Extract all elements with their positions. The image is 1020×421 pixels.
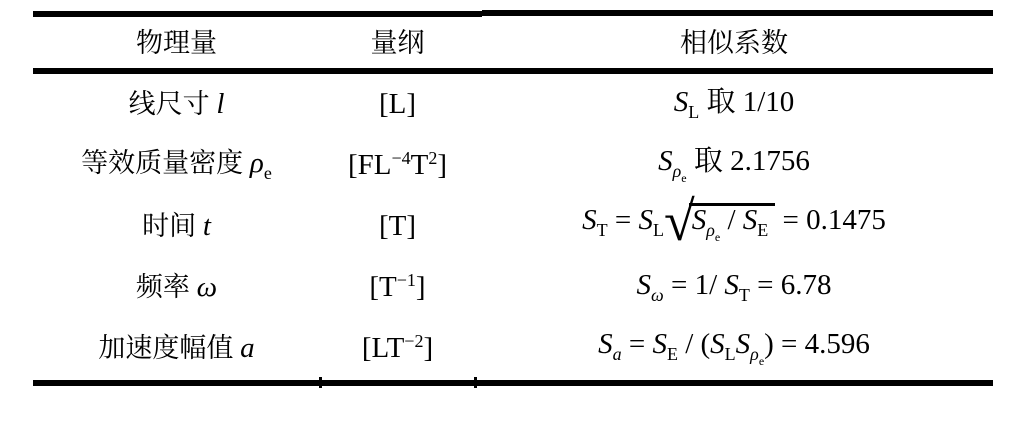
cell-dimension-row3: [T]	[320, 196, 475, 257]
header-quantity-label: 物理量	[136, 28, 217, 58]
cell-quantity-row1: 线尺寸 l	[33, 74, 320, 135]
cell-dimension-row1: [L]	[320, 74, 475, 135]
coefficient-formula-row4: Sω = 1/ ST = 6.78	[637, 269, 832, 306]
cell-coefficient-row4: Sω = 1/ ST = 6.78	[475, 257, 993, 318]
cell-coefficient-row5: Sa = SE / (SLSρe) = 4.596	[475, 318, 993, 379]
header-cell-dimension: 量纲	[320, 16, 475, 71]
quantity-row5: 加速度幅值 a	[98, 332, 254, 365]
dimension-row2: [FL−4T2]	[348, 148, 447, 182]
header-cell-coefficient: 相似系数	[475, 16, 993, 71]
cell-quantity-row5: 加速度幅值 a	[33, 318, 320, 379]
cell-coefficient-row3: ST = SL√Sρe / SE = 0.1475	[475, 196, 993, 257]
quantity-row3: 时间 t	[142, 210, 211, 243]
cell-coefficient-row1: SL 取 1/10	[475, 74, 993, 135]
quantity-row1: 线尺寸 l	[129, 88, 225, 121]
coefficient-formula-row1: SL 取 1/10	[674, 86, 795, 123]
cell-dimension-row2: [FL−4T2]	[320, 135, 475, 196]
sqrt-radicand: Sρe / SE	[689, 203, 776, 250]
coefficient-formula-row5: Sa = SE / (SLSρe) = 4.596	[598, 328, 870, 369]
cell-quantity-row4: 频率 ω	[33, 257, 320, 318]
cell-quantity-row3: 时间 t	[33, 196, 320, 257]
dimension-row4: [T−1]	[369, 270, 425, 304]
coefficient-formula-row3: ST = SL√Sρe / SE = 0.1475	[582, 203, 886, 250]
table-bottom-rule	[33, 380, 993, 386]
sqrt-expression: √Sρe / SE	[664, 216, 775, 233]
dimension-row1: [L]	[379, 88, 416, 121]
header-cell-quantity: 物理量	[33, 16, 320, 71]
dimension-row5: [LT−2]	[362, 331, 433, 365]
header-coefficient-label: 相似系数	[680, 28, 788, 58]
quantity-row4: 频率 ω	[136, 271, 217, 304]
cell-coefficient-row2: Sρe 取 2.1756	[475, 135, 993, 196]
cell-quantity-row2: 等效质量密度 ρe	[33, 135, 320, 196]
table-figure: 物理量 量纲 相似系数 线尺寸 l [L] SL 取 1/10 等效质量密度 ρ…	[0, 0, 1020, 421]
coefficient-formula-row2: Sρe 取 2.1756	[658, 145, 810, 186]
cell-dimension-row5: [LT−2]	[320, 318, 475, 379]
quantity-row2: 等效质量密度 ρe	[81, 147, 272, 184]
dimension-row3: [T]	[379, 210, 416, 243]
header-dimension-label: 量纲	[371, 28, 425, 58]
cell-dimension-row4: [T−1]	[320, 257, 475, 318]
